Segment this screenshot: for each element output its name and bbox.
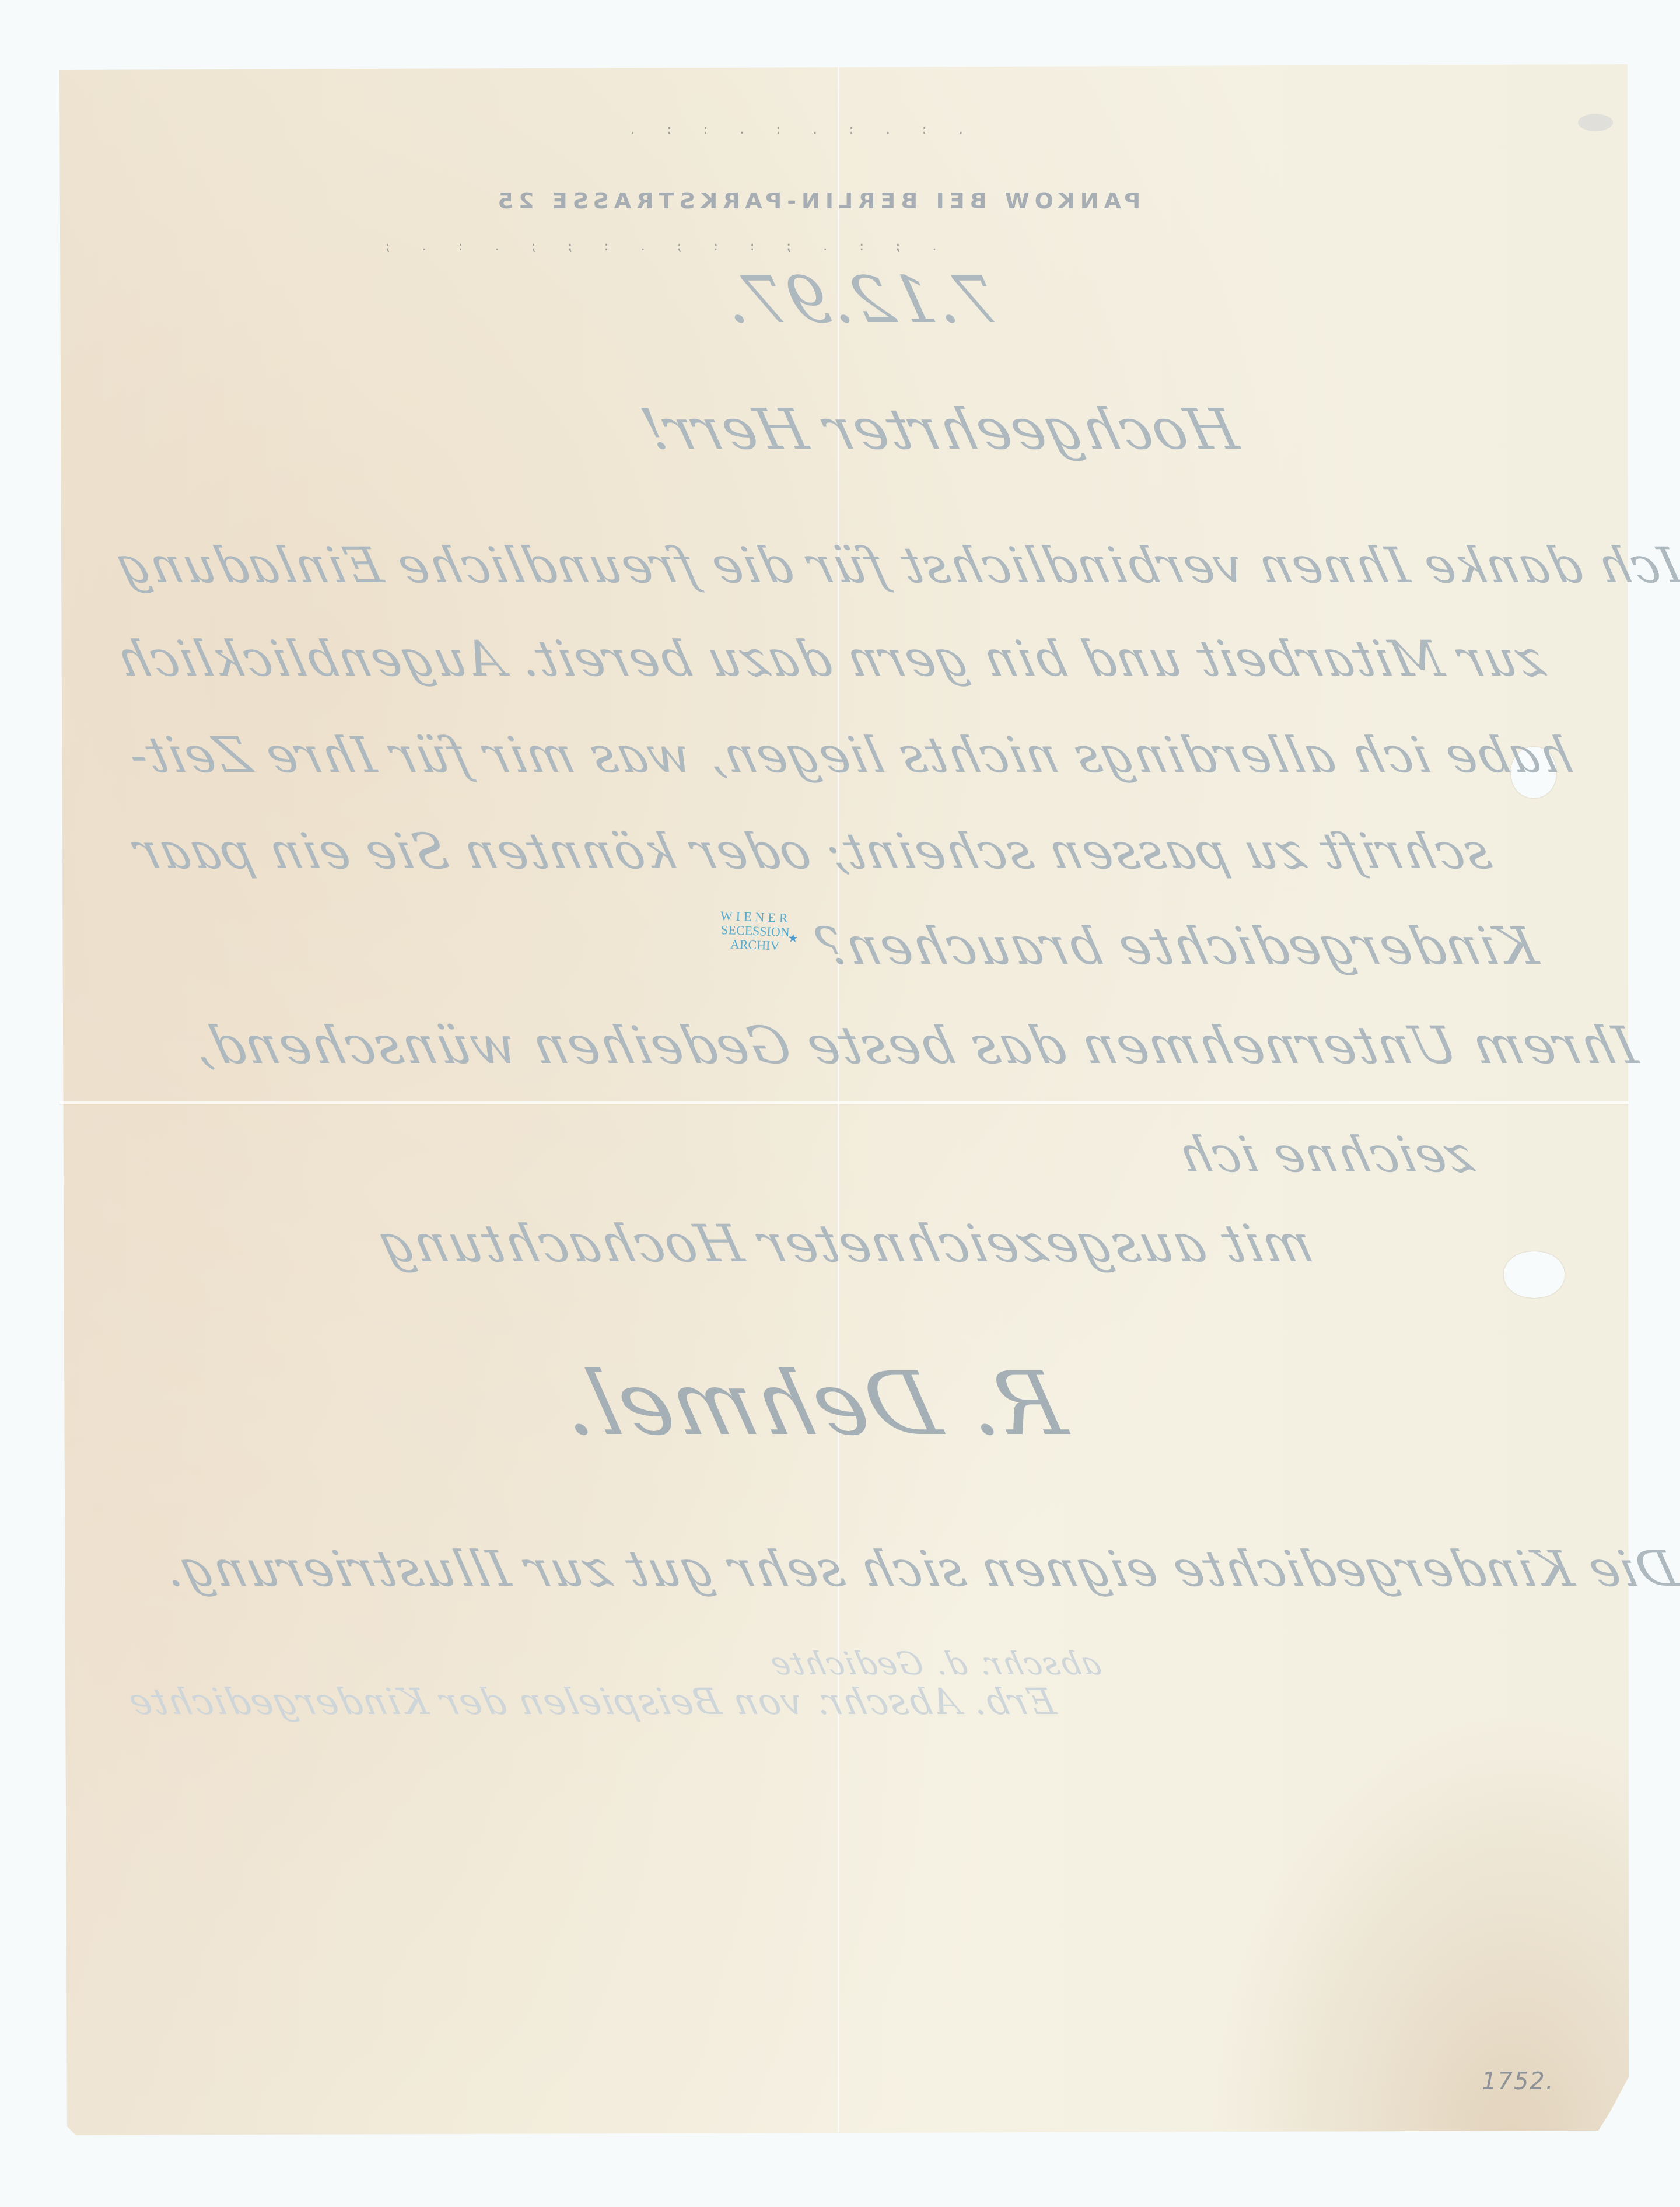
annotation-line-1: abschr. d. Gedichte	[765, 1645, 1105, 1682]
wiener-secession-archive-stamp: WIENER SECESSION ARCHIV	[711, 908, 800, 953]
letter-salutation: Hochgeehrter Herr!	[633, 397, 1244, 462]
body-line-4: schrift zu passen scheint; oder könnten …	[127, 823, 1497, 880]
corner-smudge	[1578, 114, 1613, 131]
body-line-1: Ich danke Ihnen verbindlichst für die fr…	[110, 537, 1680, 594]
horizontal-fold-line	[60, 1101, 1629, 1104]
body-line-6: Ihrem Unternehmen das beste Gedeihen wün…	[185, 1015, 1643, 1075]
top-ink-dots: . : . : . : . : : .	[618, 123, 965, 137]
letterhead-mirrored: PANKOW BEI BERLIN-PARKSTRASSE 25	[432, 188, 1202, 214]
body-line-7: zeichne ich	[1171, 1126, 1479, 1183]
punch-hole-lower	[1504, 1251, 1564, 1298]
letter-date: 7.12.97.	[714, 263, 1007, 337]
letter-signature: R. Dehmel.	[547, 1353, 1074, 1455]
letter-postscript: N.S. Die Kindergedichte eignen sich sehr…	[156, 1540, 1680, 1597]
letterhead-dots: . ; : . ; : : ; . : ; ; . : . ;	[373, 239, 939, 254]
annotation-line-2: Erb. Abschr. von Beispielen der Kinderge…	[123, 1680, 1060, 1723]
body-line-3: habe ich allerdings nichts liegen, was m…	[121, 726, 1578, 784]
vertical-fold-line	[838, 67, 839, 2132]
body-line-2: zur Mitarbeit und bin gern dazu bereit. …	[110, 630, 1550, 687]
body-line-5: Kindergedichte brauchen?	[809, 916, 1543, 976]
letter-closing: mit ausgezeichneter Hochachtung	[372, 1213, 1318, 1274]
archive-number: 1752.	[1482, 2068, 1555, 2095]
